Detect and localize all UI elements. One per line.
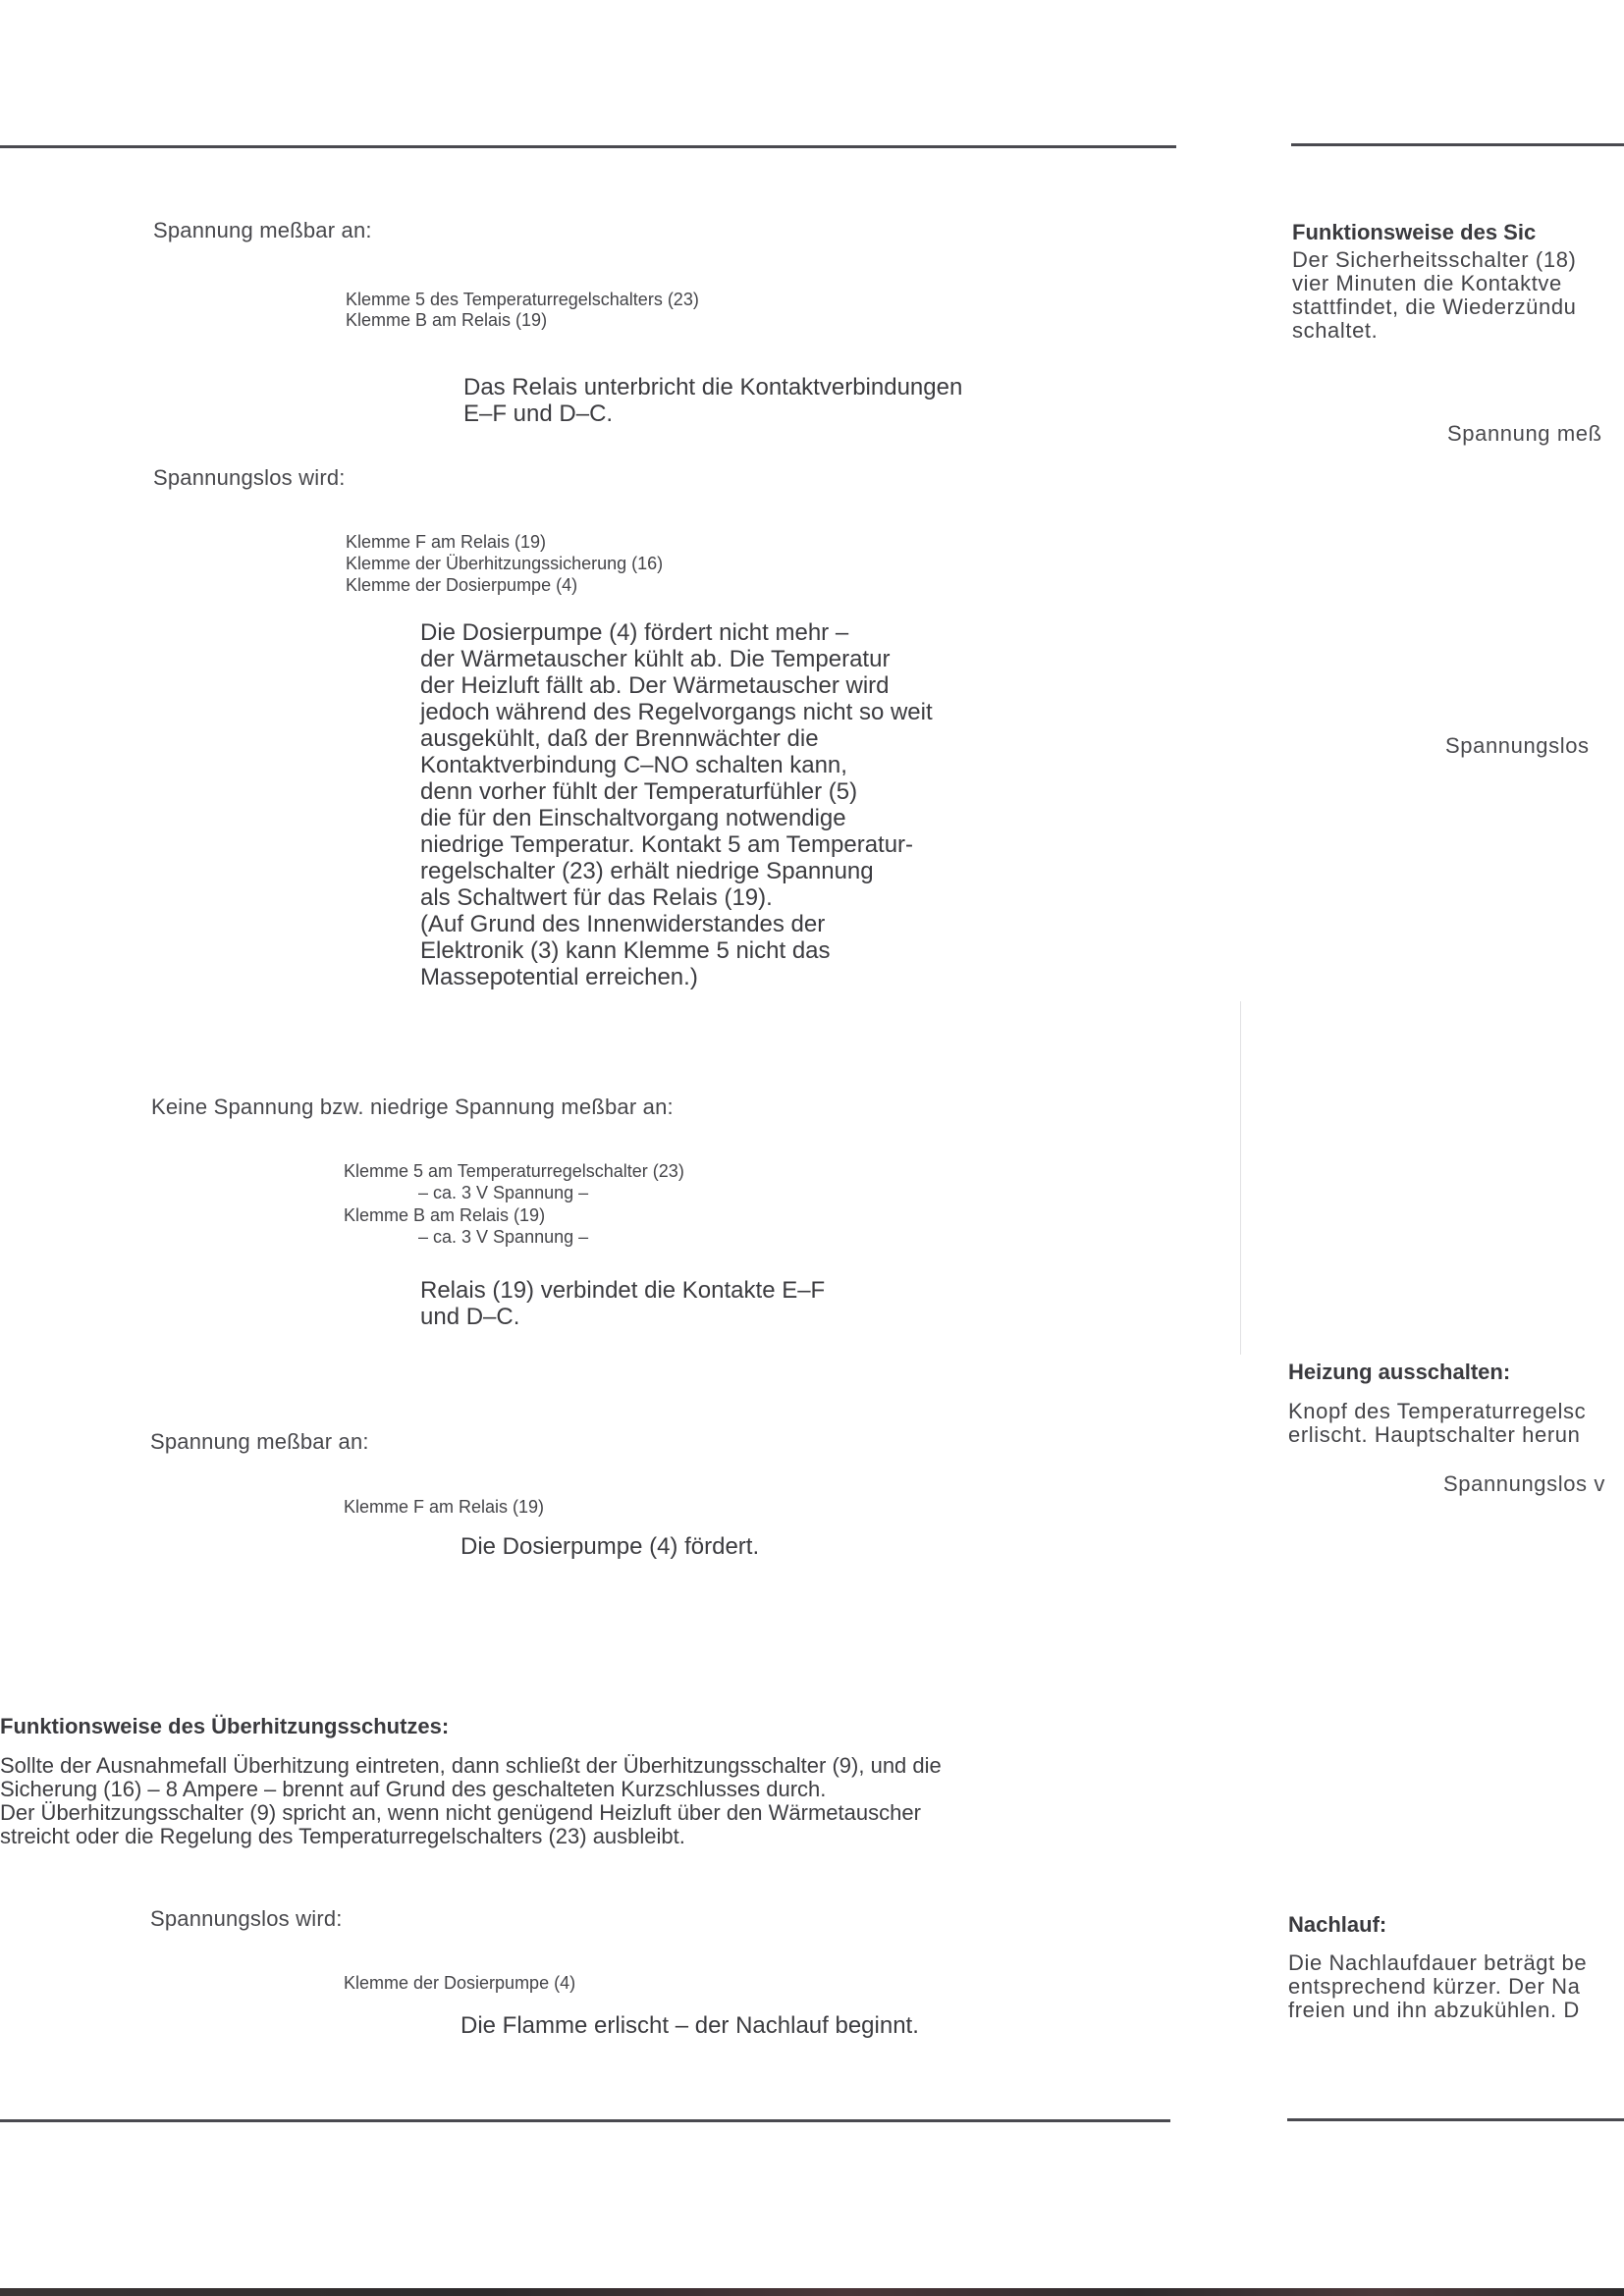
afterrun-heading: Nachlauf: — [1288, 1912, 1386, 1938]
overheat-result: Die Flamme erlischt – der Nachlauf begin… — [460, 2012, 919, 2039]
result-line: Kontaktverbindung C–NO schalten kann, — [420, 752, 933, 778]
paragraph-line: Knopf des Temperaturregelsc — [1288, 1400, 1586, 1423]
result-line: die für den Einschaltvorgang notwendige — [420, 805, 933, 831]
paragraph-line: Die Nachlaufdauer beträgt be — [1288, 1951, 1587, 1975]
paragraph-line: freien und ihn abzukühlen. D — [1288, 1999, 1587, 2022]
block1-terminal: Klemme B am Relais (19) — [346, 310, 547, 331]
paragraph-line: stattfindet, die Wiederzündu — [1292, 295, 1577, 319]
shutdown-label: Spannungslos v — [1443, 1471, 1605, 1497]
block3-terminal: Klemme B am Relais (19) — [344, 1205, 545, 1226]
block1-label: Spannung meßbar an: — [153, 218, 372, 243]
block1-result: E–F und D–C. — [463, 400, 613, 427]
block3-voltage-note: – ca. 3 V Spannung – — [418, 1227, 588, 1248]
shutdown-heading: Heizung ausschalten: — [1288, 1360, 1510, 1385]
shutdown-paragraph: Knopf des Temperaturregelscerlischt. Hau… — [1288, 1400, 1586, 1447]
page-fold-line — [1240, 1001, 1241, 1355]
safety-paragraph: Der Sicherheitsschalter (18)vier Minuten… — [1292, 248, 1577, 343]
result-line: der Wärmetauscher kühlt ab. Die Temperat… — [420, 646, 933, 672]
block1-terminal: Klemme 5 des Temperaturregelschalters (2… — [346, 290, 699, 310]
result-line: als Schaltwert für das Relais (19). — [420, 884, 933, 911]
paragraph-line: vier Minuten die Kontaktve — [1292, 272, 1577, 295]
afterrun-paragraph: Die Nachlaufdauer beträgt beentsprechend… — [1288, 1951, 1587, 2022]
paragraph-line: Der Überhitzungsschalter (9) spricht an,… — [0, 1801, 942, 1825]
result-line: (Auf Grund des Innenwiderstandes der — [420, 911, 933, 937]
block3-result: Relais (19) verbindet die Kontakte E–F — [420, 1277, 825, 1304]
result-line: denn vorher fühlt der Temperaturfühler (… — [420, 778, 933, 805]
overheat-label: Spannungslos wird: — [150, 1906, 343, 1932]
top-rule-right — [1291, 143, 1624, 146]
block4-terminal: Klemme F am Relais (19) — [344, 1497, 544, 1518]
result-line: niedrige Temperatur. Kontakt 5 am Temper… — [420, 831, 933, 858]
block3-result: und D–C. — [420, 1304, 519, 1330]
overheat-terminal: Klemme der Dosierpumpe (4) — [344, 1973, 575, 1994]
block4-result: Die Dosierpumpe (4) fördert. — [460, 1533, 759, 1560]
result-line: jedoch während des Regelvorgangs nicht s… — [420, 699, 933, 725]
result-line: regelschalter (23) erhält niedrige Spann… — [420, 858, 933, 884]
block2-result-paragraph: Die Dosierpumpe (4) fördert nicht mehr –… — [420, 619, 933, 990]
overheat-paragraph: Sollte der Ausnahmefall Überhitzung eint… — [0, 1754, 942, 1848]
safety-label-deenergized: Spannungslos — [1445, 733, 1590, 759]
block2-terminal: Klemme F am Relais (19) — [346, 532, 546, 553]
block3-terminal: Klemme 5 am Temperaturregelschalter (23) — [344, 1161, 684, 1182]
paragraph-line: Sicherung (16) – 8 Ampere – brennt auf G… — [0, 1778, 942, 1801]
result-line: Massepotential erreichen.) — [420, 964, 933, 990]
safety-heading: Funktionsweise des Sic — [1292, 220, 1536, 245]
paragraph-line: Sollte der Ausnahmefall Überhitzung eint… — [0, 1754, 942, 1778]
result-line: der Heizluft fällt ab. Der Wärmetauscher… — [420, 672, 933, 699]
top-rule-left — [0, 145, 1176, 148]
block3-label: Keine Spannung bzw. niedrige Spannung me… — [151, 1095, 674, 1120]
result-line: ausgekühlt, daß der Brennwächter die — [420, 725, 933, 752]
paragraph-line: schaltet. — [1292, 319, 1577, 343]
block2-label: Spannungslos wird: — [153, 465, 346, 491]
block4-label: Spannung meßbar an: — [150, 1429, 369, 1455]
bottom-rule-left — [0, 2119, 1170, 2122]
block2-terminal: Klemme der Dosierpumpe (4) — [346, 575, 577, 596]
paragraph-line: streicht oder die Regelung des Temperatu… — [0, 1825, 942, 1848]
overheat-heading: Funktionsweise des Überhitzungsschutzes: — [0, 1714, 449, 1739]
paragraph-line: entsprechend kürzer. Der Na — [1288, 1975, 1587, 1999]
scan-edge-shadow — [0, 2288, 1624, 2296]
result-line: Die Dosierpumpe (4) fördert nicht mehr – — [420, 619, 933, 646]
bottom-rule-right — [1287, 2118, 1624, 2121]
block2-terminal: Klemme der Überhitzungssicherung (16) — [346, 554, 663, 574]
paragraph-line: erlischt. Hauptschalter herun — [1288, 1423, 1586, 1447]
result-line: Elektronik (3) kann Klemme 5 nicht das — [420, 937, 933, 964]
block3-voltage-note: – ca. 3 V Spannung – — [418, 1183, 588, 1203]
safety-label-voltage: Spannung meß — [1447, 421, 1602, 447]
block1-result: Das Relais unterbricht die Kontaktverbin… — [463, 374, 962, 400]
paragraph-line: Der Sicherheitsschalter (18) — [1292, 248, 1577, 272]
